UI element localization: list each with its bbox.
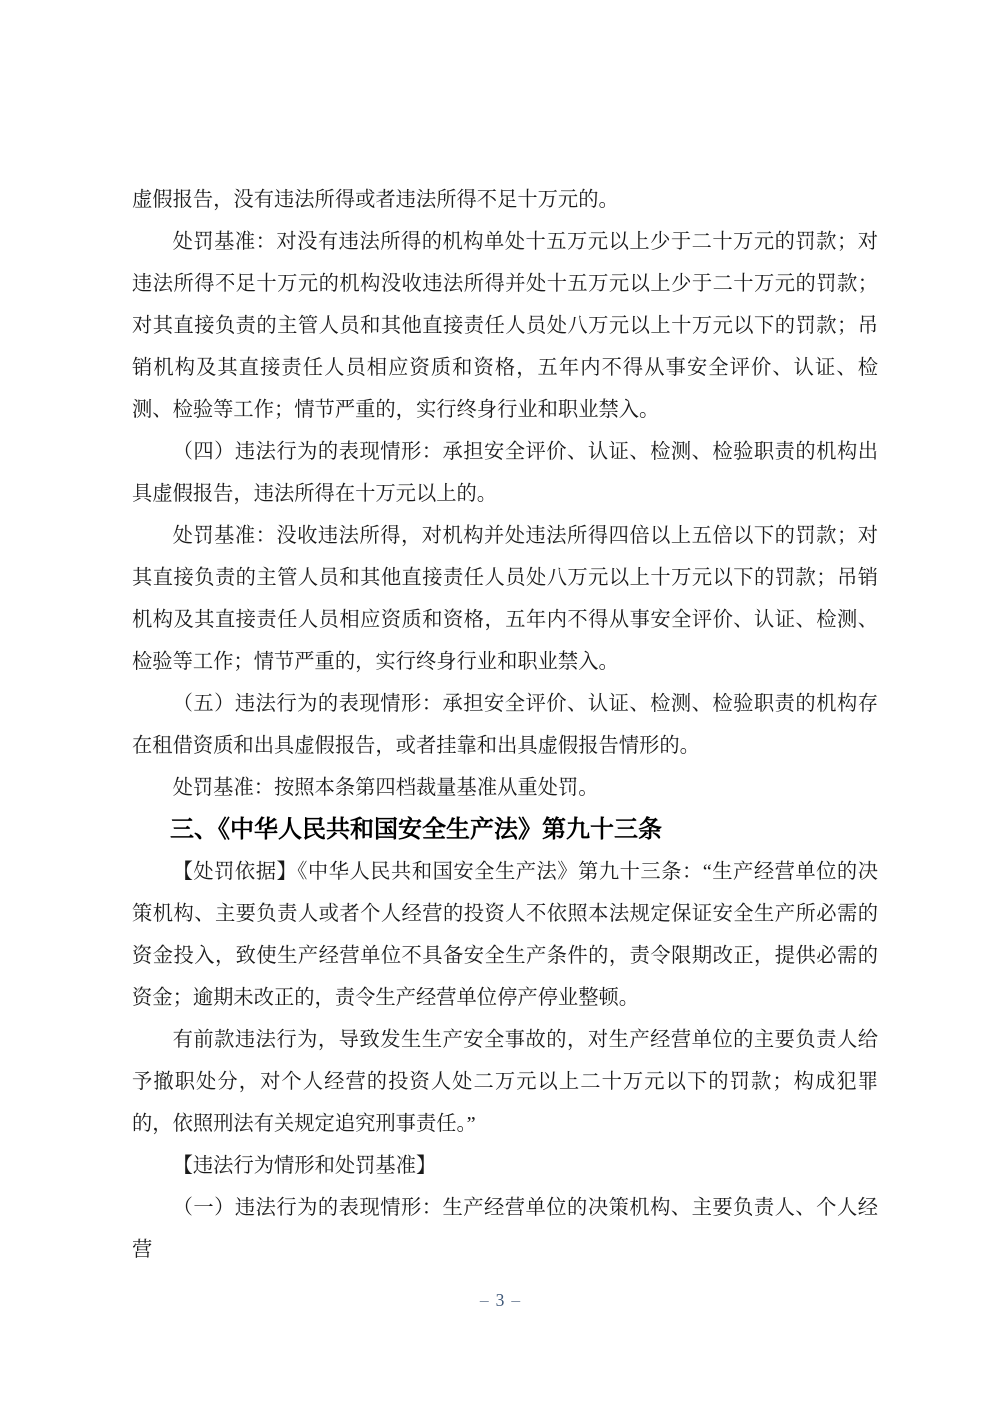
page-footer: –3– <box>0 1288 1000 1312</box>
paragraph-continuation-no-illegal-gains: 虚假报告，没有违法所得或者违法所得不足十万元的。 <box>132 179 878 221</box>
paragraph-penalty-legal-basis-quote: 【处罚依据】《中华人民共和国安全生产法》第九十三条：“生产经营单位的决策机构、主… <box>132 851 878 1019</box>
paragraph-violation-situation-4: （四）违法行为的表现情形：承担安全评价、认证、检测、检验职责的机构出具虚假报告，… <box>132 431 878 515</box>
paragraph-penalty-basis-tier4: 处罚基准：没收违法所得，对机构并处违法所得四倍以上五倍以下的罚款；对其直接负责的… <box>132 515 878 683</box>
paragraph-violation-situation-5: （五）违法行为的表现情形：承担安全评价、认证、检测、检验职责的机构存在租借资质和… <box>132 683 878 767</box>
page-number: 3 <box>496 1290 505 1310</box>
page-number-left-dash: – <box>480 1290 489 1310</box>
section-heading-safety-law-article-93: 三、《中华人民共和国安全生产法》第九十三条 <box>132 809 878 851</box>
paragraph-penalty-basis-tier3: 处罚基准：对没有违法所得的机构单处十五万元以上少于二十万元的罚款；对违法所得不足… <box>132 221 878 431</box>
document-body: 虚假报告，没有违法所得或者违法所得不足十万元的。 处罚基准：对没有违法所得的机构… <box>132 179 878 1271</box>
paragraph-violation-situation-1: （一）违法行为的表现情形：生产经营单位的决策机构、主要负责人、个人经营 <box>132 1187 878 1271</box>
paragraph-violation-penalty-section-label: 【违法行为情形和处罚基准】 <box>132 1145 878 1187</box>
paragraph-penalty-basis-tier5: 处罚基准：按照本条第四档裁量基准从重处罚。 <box>132 767 878 809</box>
page-number-right-dash: – <box>511 1290 520 1310</box>
paragraph-legal-basis-quote-continued: 有前款违法行为，导致发生生产安全事故的，对生产经营单位的主要负责人给予撤职处分，… <box>132 1019 878 1145</box>
document-page: 虚假报告，没有违法所得或者违法所得不足十万元的。 处罚基准：对没有违法所得的机构… <box>0 0 1000 1414</box>
